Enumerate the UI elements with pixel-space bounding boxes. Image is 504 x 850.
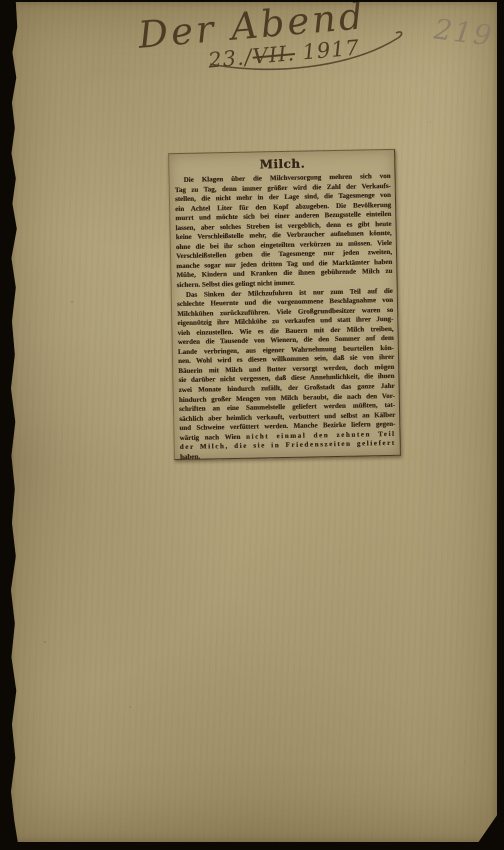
archive-page-number: 219 [432,13,495,53]
handwritten-date-year: 1917 [294,35,361,65]
handwritten-date-month-roman: VII. [252,41,296,69]
newspaper-clipping: Milch. Die Klagen über die Milchversorgu… [168,149,401,460]
handwritten-date-day: 23./ [207,45,253,73]
clipping-headline: Milch. [174,156,390,173]
archive-page: Der Abend 23./VII. 1917 219 Milch. Die K… [10,2,497,842]
clipping-text: Die Klagen über die Milchversorgung mehr… [175,172,396,463]
